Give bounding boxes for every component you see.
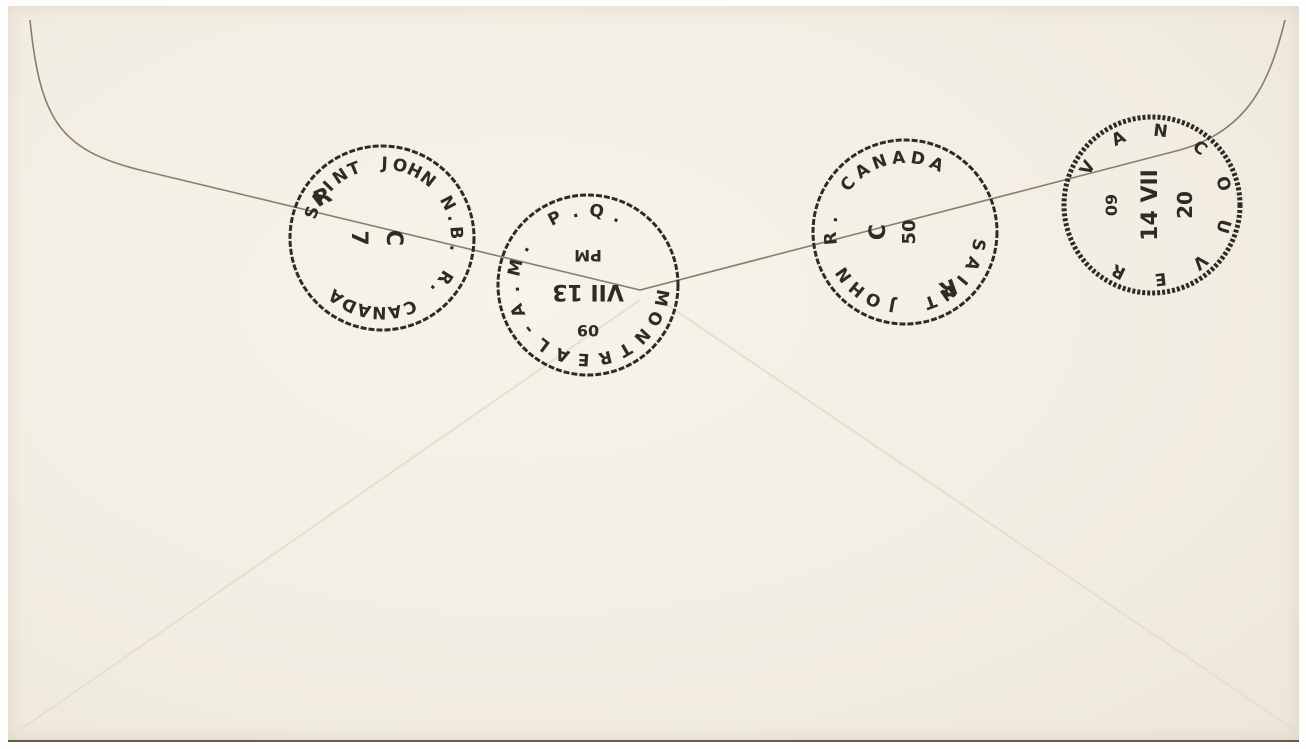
svg-text:U: U [1211,217,1234,236]
svg-text:A: A [891,148,907,169]
svg-text:14 VII: 14 VII [1138,169,1163,241]
svg-text:J: J [380,154,388,174]
svg-text:09: 09 [1102,194,1121,216]
svg-text:N: N [372,302,387,322]
svg-text:.: . [610,207,624,228]
svg-text:R: R [1108,259,1129,283]
svg-text:C: C [866,224,891,240]
svg-text:C: C [837,173,860,195]
svg-text:O: O [1211,174,1234,194]
svg-text:.: . [822,214,843,224]
svg-text:.: . [445,244,466,253]
postmark-saint-john-2: R C 50 SAINT JOHN R. CANADA [813,140,997,324]
svg-text:R: R [596,346,613,368]
svg-text:N: N [832,263,857,286]
svg-text:A: A [1108,127,1129,151]
svg-text:A: A [386,300,403,322]
svg-text:A: A [507,300,531,320]
svg-text:PM: PM [574,246,602,265]
svg-text:E: E [577,349,590,370]
svg-text:VII 13: VII 13 [552,279,624,304]
postmark-montreal: 09 VII 13 PM MONTREAL-A.M. P.Q. [498,195,678,375]
svg-text:N: N [1152,121,1168,143]
svg-text:N: N [870,151,890,175]
svg-text:P: P [545,207,565,230]
svg-text:C: C [381,230,406,246]
svg-text:M: M [650,288,673,308]
svg-text:R: R [821,231,842,246]
svg-text:20: 20 [1173,191,1197,219]
svg-text:-: - [518,320,538,338]
svg-text:.: . [570,202,580,223]
svg-text:B: B [445,226,466,240]
svg-text:.: . [443,212,464,224]
svg-text:A: A [851,159,874,183]
svg-text:T: T [615,338,635,361]
svg-text:7: 7 [346,230,371,245]
svg-text:A: A [960,253,984,274]
svg-text:E: E [1154,268,1168,289]
postmark-vancouver: 09 14 VII 20 VANCOUVER [1064,117,1240,293]
postmark-saint-john-1: R C 7 SAINT JOHN N.B. R. CANADA [290,146,474,330]
svg-text:N: N [435,192,459,214]
svg-text:50: 50 [899,219,920,244]
svg-text:Q: Q [588,201,605,223]
envelope-fold-right [660,300,1295,730]
envelope-overlay: R C 7 SAINT JOHN N.B. R. CANADA 09 VII 1… [0,0,1306,749]
svg-text:A: A [926,153,947,177]
svg-text:A: A [552,343,572,367]
envelope-flap-edge [30,20,1285,290]
svg-text:L: L [533,333,554,356]
svg-text:N: N [630,324,654,348]
svg-text:S: S [967,237,989,253]
svg-text:T: T [921,290,939,313]
svg-text:09: 09 [577,321,599,340]
svg-text:M: M [504,257,527,278]
svg-text:.: . [504,285,524,293]
svg-text:J: J [887,295,898,316]
photo-scene: R C 7 SAINT JOHN N.B. R. CANADA 09 VII 1… [0,0,1306,749]
svg-text:D: D [909,148,926,170]
svg-text:O: O [642,307,666,329]
svg-text:.: . [514,240,535,256]
